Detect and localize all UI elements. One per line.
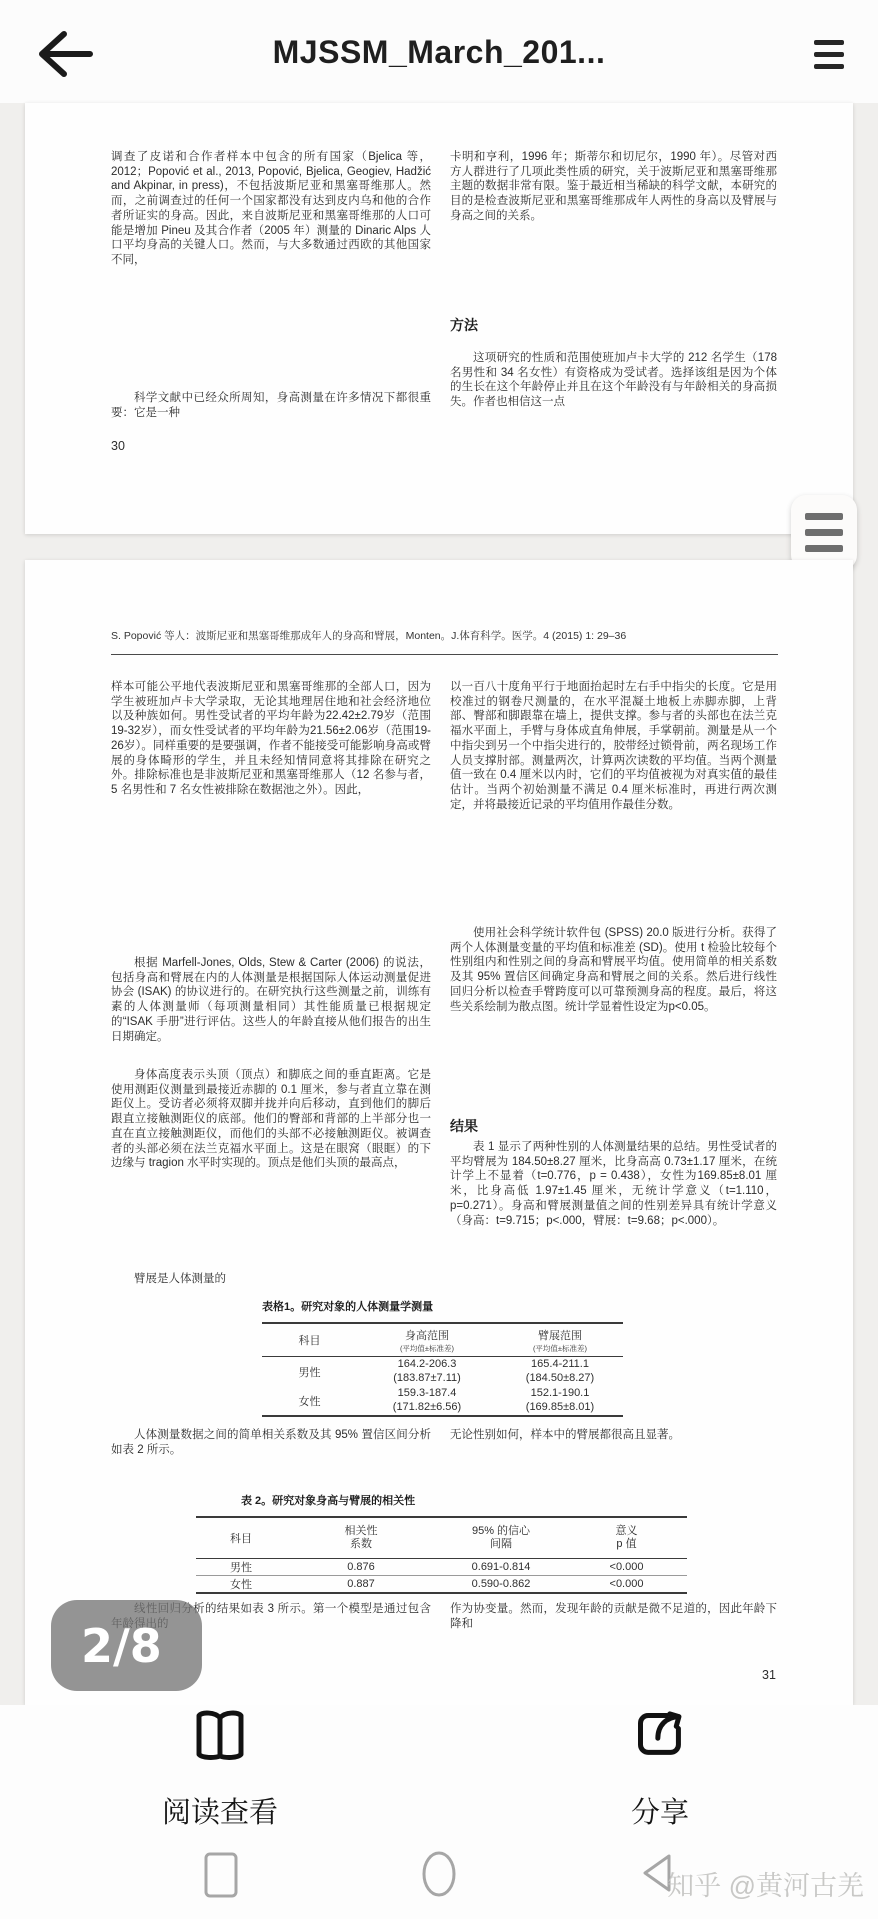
circle-icon	[421, 1850, 457, 1898]
open-book-icon	[192, 1709, 248, 1766]
share-icon	[633, 1709, 687, 1766]
table2: 科目 相关性系数 95% 的信心间隔 意义p 值 男性 0.876 0.691-…	[196, 1516, 687, 1594]
table2-col-subject: 科目	[196, 1530, 286, 1546]
table2-row-female: 女性 0.887 0.590-0.862 <0.000	[196, 1575, 687, 1592]
table1-row-female: 女性 159.3-187.4(171.82±6.56) 152.1-190.1(…	[262, 1386, 623, 1415]
share-label: 分享	[550, 1790, 770, 1831]
page1-left-paragraph-1: 调查了皮诺和合作者样本中包含的所有国家（Bjelica 等，2012；Popov…	[111, 150, 431, 268]
overflow-menu-button[interactable]	[800, 30, 844, 78]
screen: MJSSM_March_201... 调查了皮诺和合作者样本中包含的所有国家（B…	[0, 0, 878, 1919]
header-rule	[111, 654, 778, 655]
methods-heading: 方法	[450, 315, 478, 335]
read-view-label: 阅读查看	[110, 1790, 330, 1831]
watermark: 知乎 @黄河古羌	[667, 1864, 864, 1903]
document-title: MJSSM_March_201...	[0, 34, 878, 71]
menu-lines-icon	[805, 513, 843, 520]
table1-col-armspan: 臂展范围	[497, 1327, 623, 1343]
page-number-30: 30	[111, 439, 125, 453]
page1-right-paragraph-1: 卡明和亨利，1996 年；斯蒂尔和切尼尔，1990 年）。尽管对西方人群进行了几…	[450, 150, 777, 224]
page1-right-paragraph-2: 这项研究的性质和范围使班加卢卡大学的 212 名学生（178 名男性和 34 名…	[450, 351, 777, 410]
page2-right-note: 无论性别如何，样本中的臂展都很高且显著。	[450, 1428, 777, 1443]
page2-right-paragraph-3: 表 1 显示了两种性别的人体测量结果的总结。男性受试者的平均臂展为 184.50…	[450, 1140, 777, 1228]
table1: 科目 身高范围 (平均值±标准差) 臂展范围 (平均值±标准差) 男性 164.…	[262, 1322, 623, 1417]
table1-col-height: 身高范围	[357, 1327, 497, 1343]
share-button[interactable]: 分享	[550, 1705, 770, 1831]
table2-title: 表 2。研究对象身高与臂展的相关性	[241, 1492, 415, 1508]
page2-left-paragraph-3: 身体高度表示头顶（顶点）和脚底之间的垂直距离。它是使用测距仪测量到最接近赤脚的 …	[111, 1068, 431, 1171]
page2-right-paragraph-1: 以一百八十度角平行于地面抬起时左右手中指尖的长度。它是用校准过的钢卷尺测量的，在…	[450, 680, 777, 812]
arrow-left-icon	[34, 69, 98, 86]
read-view-button[interactable]: 阅读查看	[110, 1705, 330, 1831]
pdf-page-1[interactable]: 调查了皮诺和合作者样本中包含的所有国家（Bjelica 等，2012；Popov…	[25, 103, 853, 534]
app-bar: MJSSM_March_201...	[0, 0, 878, 103]
page2-right-paragraph-4: 作为协变量。然而，发现年龄的贡献是微不足道的，因此年龄下降和	[450, 1602, 777, 1631]
table1-subnote-armspan: (平均值±标准差)	[497, 1343, 623, 1354]
table1-row-male: 男性 164.2-206.3(183.87±7.11) 165.4-211.1(…	[262, 1357, 623, 1386]
page2-left-paragraph-4: 臂展是人体测量的	[111, 1272, 431, 1287]
page2-left-paragraph-5: 人体测量数据之间的简单相关系数及其 95% 置信区间分析如表 2 所示。	[111, 1428, 431, 1457]
floating-menu-button[interactable]	[791, 495, 857, 570]
results-heading: 结果	[450, 1116, 478, 1136]
square-icon	[204, 1852, 238, 1898]
table1-subnote-height: (平均值±标准差)	[357, 1343, 497, 1354]
page2-left-paragraph-2: 根据 Marfell-Jones, Olds, Stew & Carter (2…	[111, 956, 431, 1044]
page-number-31: 31	[762, 1668, 776, 1682]
page-indicator-badge: 2/8	[51, 1600, 202, 1691]
table2-row-male: 男性 0.876 0.691-0.814 <0.000	[196, 1559, 687, 1575]
table1-col-subject: 科目	[262, 1332, 357, 1348]
page1-left-paragraph-2: 科学文献中已经众所周知，身高测量在许多情况下都很重要：它是一种	[111, 391, 431, 420]
recents-button[interactable]	[204, 1852, 238, 1903]
running-header-citation: S. Popović 等人：波斯尼亚和黑塞哥维那成年人的身高和臂展，Monten…	[111, 628, 791, 643]
menu-lines-icon	[814, 40, 844, 45]
table1-title: 表格1。研究对象的人体测量学测量	[262, 1298, 433, 1314]
pdf-page-2[interactable]: S. Popović 等人：波斯尼亚和黑塞哥维那成年人的身高和臂展，Monten…	[25, 560, 853, 1705]
page2-left-paragraph-1: 样本可能公平地代表波斯尼亚和黑塞哥维那的全部人口，因为学生被班加卢卡大学录取，无…	[111, 680, 431, 798]
page2-right-paragraph-2: 使用社会科学统计软件包 (SPSS) 20.0 版进行分析。获得了两个人体测量变…	[450, 926, 777, 1014]
page-indicator-label: 2/8	[81, 1619, 162, 1673]
home-button[interactable]	[421, 1850, 457, 1903]
